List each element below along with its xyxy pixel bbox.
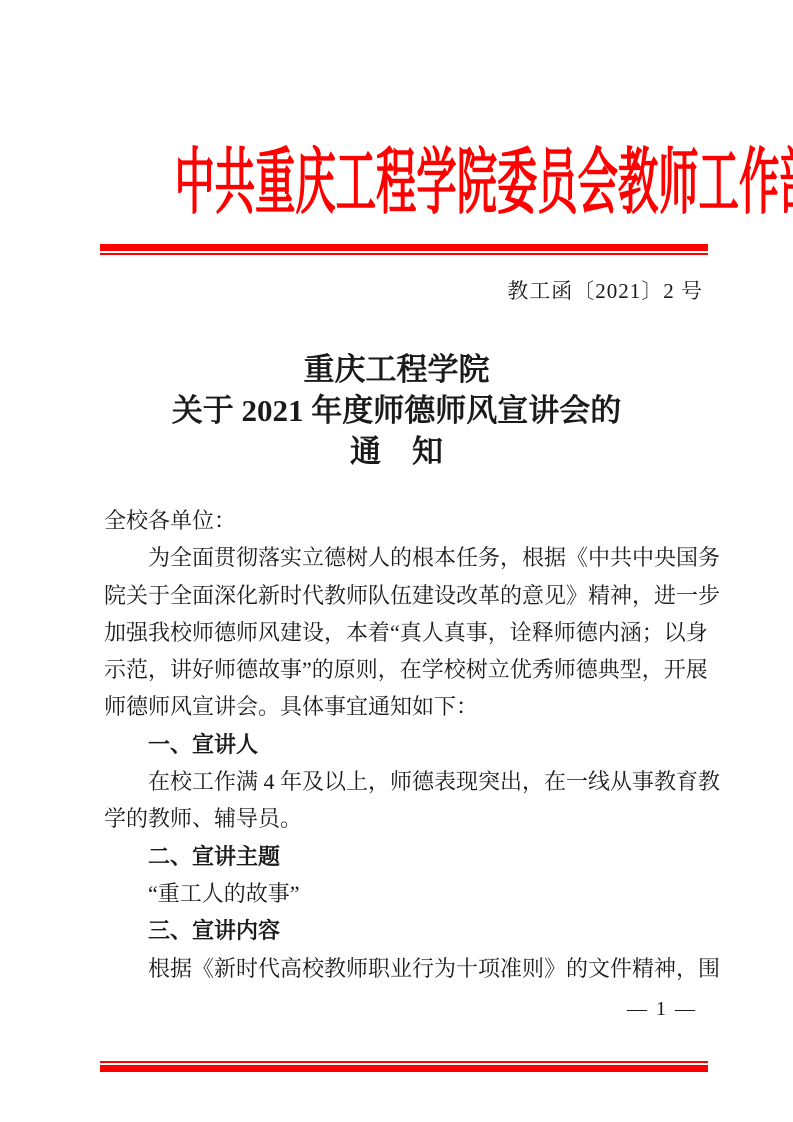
page-number: — 1 — [627,997,697,1021]
document-number: 教工函〔2021〕2 号 [507,278,703,304]
body-line: 示范，讲好师德故事”的原则，在学校树立优秀师德典型，开展 [104,651,708,688]
section-heading-2: 二、宣讲主题 [104,838,708,875]
footer-rule-thick [100,1065,708,1072]
body-line: 加强我校师德师风建设，本着“真人真事，诠释师德内涵；以身 [104,614,708,651]
document-page: 中共重庆工程学院委员会教师工作部 教工函〔2021〕2 号 重庆工程学院 关于 … [0,0,793,1122]
header-double-rule [100,244,708,255]
footer-double-rule [100,1061,708,1072]
document-title-line-3: 通 知 [0,431,793,472]
section-heading-1: 一、宣讲人 [104,726,708,763]
quote-line: “重工人的故事” [104,875,708,912]
salutation: 全校各单位： [104,502,708,539]
body-line: 师德师风宣讲会。具体事宜通知如下： [104,688,708,725]
document-body: 全校各单位： 为全面贯彻落实立德树人的根本任务，根据《中共中央国务 院关于全面深… [104,502,708,987]
body-line: 在校工作满 4 年及以上，师德表现突出，在一线从事教育教 [104,763,708,800]
body-line: 根据《新时代高校教师职业行为十项准则》的文件精神，围 [104,950,708,987]
body-line: 院关于全面深化新时代教师队伍建设改革的意见》精神，进一步 [104,577,708,614]
document-title: 重庆工程学院 关于 2021 年度师德师风宣讲会的 通 知 [0,349,793,472]
header-rule-thin [100,253,708,255]
body-line: 学的教师、辅导员。 [104,800,708,837]
document-title-line-1: 重庆工程学院 [0,349,793,390]
header-rule-thick [100,244,708,251]
document-title-line-2: 关于 2021 年度师德师风宣讲会的 [0,390,793,431]
body-line: 为全面贯彻落实立德树人的根本任务，根据《中共中央国务 [104,539,708,576]
section-heading-3: 三、宣讲内容 [104,912,708,949]
red-header-banner: 中共重庆工程学院委员会教师工作部 [174,143,618,223]
